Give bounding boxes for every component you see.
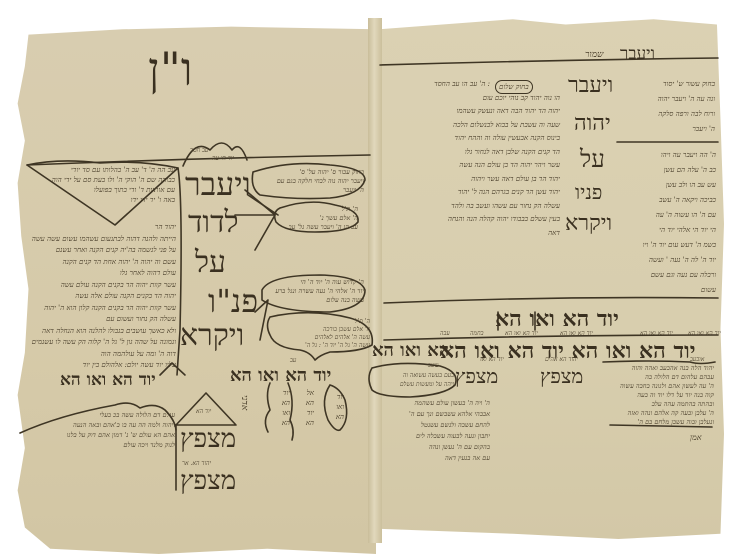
text-line: יהוה הד יהוד הבה דאה ונעשק עשהמו bbox=[380, 105, 560, 119]
right-lower-left-text: ה' ויה ה' בעשון עולם עשהמה אבבהי אלהא עש… bbox=[378, 398, 490, 464]
text-line: בעם בעשה עשואה וה bbox=[374, 371, 454, 380]
right-page-right-text-bottom: ה' הה ויעבר עה ויהו כב ה' עלה הם עשן עש … bbox=[618, 148, 716, 298]
text-line: ויהוה ולמה הה עה בו ב'אהם ובאה הנעה bbox=[25, 420, 175, 430]
mid-caption-1: יוד הא ואו bbox=[480, 356, 504, 364]
tiny-annotation: יוד הא ואו הא bbox=[688, 330, 721, 338]
text-line: הא bbox=[272, 398, 290, 408]
text-line: הא bbox=[326, 412, 344, 422]
text-line: קוה בנה יוד על דלו יוד וה בעה bbox=[604, 391, 714, 400]
right-heading-row-2-left: הא ואו הא bbox=[372, 340, 449, 361]
text-line: עשה ה' גל ה' יוד ה' : גל ה' bbox=[272, 342, 370, 350]
tiny-annotation: יוד הא ואו הא bbox=[505, 330, 538, 338]
right-cloud-lower-text: ה' קדוש עוה ה' יוד ה' הי יוד ה' אלהי ה' … bbox=[264, 278, 364, 305]
text-line: ואו bbox=[326, 402, 344, 412]
tiny-annotation: בחמה bbox=[470, 330, 484, 338]
text-line: דוה ה' ומה על עולהמה הוה bbox=[26, 349, 176, 361]
text-line: עשר קוות יהוה הד בקנים הקנה קלון הוא ה' … bbox=[26, 303, 176, 315]
right-mid-word-2: מצפץ bbox=[540, 364, 583, 389]
left-center-word-3: על bbox=[195, 245, 226, 280]
oval-label: עשב bbox=[428, 362, 439, 370]
text-line: בחוק עבור ס' יהוה על' ס' bbox=[256, 168, 364, 177]
text-line: ה' עה לעשון אהם ולגונה בחבה עשוה bbox=[604, 382, 714, 391]
right-header-big: ויעבר bbox=[620, 44, 655, 64]
tiny-annotation: עבה bbox=[440, 330, 450, 338]
text-line: יהוד הר bbox=[26, 222, 176, 234]
text-line: על פני לנשמה בה'יה קנים הקנה ואחר עשנם bbox=[26, 245, 176, 257]
text-line: בינוס הקנה אבעשין עולה וה וההח יהוד bbox=[380, 132, 560, 146]
text-line: ה' ת'ל bbox=[272, 318, 370, 326]
text-line: עב הו ה' ויעבר עשה גל' עב bbox=[280, 223, 358, 232]
text-line: עשה ה' אלהים לאלהים bbox=[272, 334, 370, 342]
text-line: להחם עשבה ולנשם עשנטל bbox=[378, 420, 490, 431]
text-line: ויהה על ומעשות עשלם bbox=[374, 380, 454, 389]
text-line: יוד ה' אלהי ה' נעה עשרה ונגל ברע bbox=[264, 287, 364, 296]
text-line: : ה' עב הו עב החסד bbox=[380, 78, 560, 92]
text-line: עשה בנה עלום bbox=[264, 296, 364, 305]
text-line: עולם דם הלולה עשה בכ בעלי bbox=[25, 410, 175, 420]
lower-right-tag: אובעב bbox=[690, 356, 704, 364]
column-group-1: יוד הא ואו הא bbox=[272, 388, 290, 428]
center-heading-yhvh: יוד הא ואו הא bbox=[230, 365, 331, 386]
right-page-left-text: : ה' עב הו עב החסד הו נוה יהוד קב נוהי י… bbox=[380, 78, 560, 240]
text-line: באה ו' יד ידו ידו bbox=[30, 195, 175, 205]
left-center-word-1: ויעבר bbox=[185, 165, 251, 203]
tent-word-2: מצפץ bbox=[180, 466, 236, 496]
right-cloud-mid-text: ה' ת'ל ה' אלם עשך נ' עב הו ה' ויעבר עשה … bbox=[280, 205, 358, 232]
text-line: הא bbox=[296, 398, 314, 408]
right-center-word-2: יהוה bbox=[574, 110, 611, 136]
text-line: ובהתה בהתמה עהה עלב bbox=[604, 400, 714, 409]
right-mid-word-1: מצפץ bbox=[455, 364, 498, 389]
right-cloud-top-text: בחוק עבור ס' יהוה על' ס' ויעבר יהוה נוה … bbox=[256, 168, 364, 195]
text-line: כב ה' עלה הם עשן bbox=[618, 163, 716, 178]
tent-word-1: מצפץ bbox=[180, 424, 236, 454]
text-line: ה' אלם עשך נ' bbox=[280, 214, 358, 223]
text-line: עשלה הק נחור עם עשהו ועשב בה ולהד bbox=[380, 200, 560, 214]
text-line: הא bbox=[296, 418, 314, 428]
right-page-right-text-top: בחוק עשור ש' יסוד ונה עה ה' ויעבר יהוה ו… bbox=[615, 77, 715, 137]
text-line: ה' קדוש עוה ה' יוד ה' הי bbox=[264, 278, 364, 287]
text-line: ונמונה על שהה גון ל' גל ה' קלוה הק עשה ל… bbox=[26, 337, 176, 349]
text-line: יהוד עשן הד קנים בגרהם הנה ל' יהוד bbox=[380, 186, 560, 200]
text-line: בעין עשלם בבבודו יהוה קהלה הנה והנחה bbox=[380, 213, 560, 227]
arch-label-1: עב חסד bbox=[190, 147, 208, 155]
right-center-word-3: על bbox=[580, 145, 605, 174]
text-line: עב הה ה' ד' עב ה' בהלותו עם סד יודי bbox=[30, 165, 175, 175]
right-oval-text: בעם בעשה עשואה וה ויהה על ומעשות עשלם bbox=[374, 371, 454, 389]
right-lower-right-text: יהוד הלה בנה אהבעב ואהה והוה עבהם עלהום … bbox=[604, 364, 714, 427]
tiny-annotation: יוד הא ואו הא bbox=[560, 330, 593, 338]
text-line: עם אותיות ד' ודי בתוך בפועלו bbox=[30, 185, 175, 195]
text-line: עש עב הו ולב עשן bbox=[618, 178, 716, 193]
text-line: ונעלבן ובוה עשבן מלחם בם ה' bbox=[604, 418, 714, 427]
text-line: ה' ת'ל bbox=[280, 205, 358, 214]
text-line: דאה bbox=[380, 227, 560, 241]
text-line: ואו bbox=[272, 408, 290, 418]
text-line: יוד ה' לה ה' נעה ' ועשה bbox=[618, 253, 716, 268]
tent-label: יוד הא bbox=[196, 408, 211, 416]
left-center-word-2: לדוד bbox=[188, 205, 239, 240]
text-line: עולם דהוה לאחר גלו bbox=[26, 268, 176, 280]
text-line: ה' עלבן ובעה קה אלהם ונהה ואזה bbox=[604, 409, 714, 418]
text-line: ורבלה עם נעה וגם עשם bbox=[618, 268, 716, 283]
text-line: עשלה הק נחור ועשום עם bbox=[26, 314, 176, 326]
text-line: כביכה ויקאה ה' עשב bbox=[618, 193, 716, 208]
tiny-annotation: יוד הא ואו הא bbox=[640, 330, 673, 338]
text-line: עשום bbox=[618, 283, 716, 298]
text-line: בהקום עם ה' נעשן ונהה bbox=[378, 442, 490, 453]
left-center-word-4: פנ"ו bbox=[208, 282, 258, 320]
text-line: שעה וה עשבת על בבוא לבנשלום הלכה bbox=[380, 119, 560, 133]
text-line: יתבון ונעה לבעוה עשבלה לים bbox=[378, 431, 490, 442]
right-cloud-bottom-text: ה' ת'ל ה' אלם עשכן בורכה עשה ה' אלהים לא… bbox=[272, 318, 370, 350]
text-line: ולא כאשך עושבים בגבולו להלנה הוא הנחלה ד… bbox=[26, 326, 176, 338]
center-heading-mark: עב bbox=[290, 357, 296, 365]
arch-label-2: יוד הי עה bbox=[212, 155, 234, 163]
vertical-word-adonai: אדני bbox=[238, 395, 250, 410]
left-main-text: יהוד הר הייתה ולהנה דהוה לבתנעום עשהמו ע… bbox=[26, 222, 176, 372]
text-line: יהוד הד בן עולם דאה עשר ויהוה bbox=[380, 173, 560, 187]
text-line: הייתה ולהנה דהוה לבתנעום עשהמו עשום עשה … bbox=[26, 234, 176, 246]
right-center-word-1: ויעבר bbox=[568, 72, 613, 98]
text-line: הד קנים הקנה שלבן דאה לנחור גלו bbox=[380, 146, 560, 160]
text-line: יוד bbox=[272, 388, 290, 398]
left-heading-yhvh: יוד הא ואו הא bbox=[60, 370, 156, 390]
text-line: אהם הא עולם ש' נ' דמון אהם דוק על בלגו bbox=[25, 430, 175, 440]
column-group-2: אל הא יוד הא bbox=[296, 388, 314, 428]
text-line: ה' ויעבר bbox=[615, 122, 715, 137]
text-line: ה' אלם עשכן בורכה bbox=[272, 326, 370, 334]
text-line: לנוק מלנד ויכה עולם bbox=[25, 440, 175, 450]
left-center-word-5: ויקרא bbox=[180, 318, 244, 353]
text-line: ויעבר יהוה נוה לבחי חלקה בגם עם bbox=[256, 177, 364, 186]
left-top-glyph: ו"ן bbox=[148, 42, 193, 96]
text-line: ה' ויה ה' בעשון עולם עשהמה bbox=[378, 398, 490, 409]
mid-caption-2: יהוד הא אהים bbox=[545, 356, 578, 364]
lower-right-mark: אמן bbox=[690, 432, 702, 444]
right-center-word-4: פניו bbox=[575, 180, 602, 205]
text-line: עם אה בנעין דאה bbox=[378, 453, 490, 464]
text-line: עשר ויהר יהוה הד בן עולם הנה עשה bbox=[380, 159, 560, 173]
right-center-word-5: ויקרא bbox=[565, 210, 612, 236]
text-line: עשר קוות יהוה הד בקנים הקנה עולם עשה bbox=[26, 280, 176, 292]
text-line: יהוה הד בקנים הקנה עולם אלה עשה bbox=[26, 291, 176, 303]
text-line: הי יוד הי אלהי יוד הי bbox=[618, 223, 716, 238]
text-line: אבבהי אלהא עשבשם ונך עם ה' bbox=[378, 409, 490, 420]
text-line: ה' הה ויעבר עה ויהו bbox=[618, 148, 716, 163]
text-line: עם ה' הו עשוה ה' עה bbox=[618, 208, 716, 223]
text-line: ה' ויעבר bbox=[256, 186, 364, 195]
text-line: עבהם עלהום דם הלולה בה bbox=[604, 373, 714, 382]
right-heading-row-1: יוד הא ואו הא bbox=[495, 306, 619, 332]
lower-cloud-text: עולם דם הלולה עשה בכ בעלי ויהוה ולמה הה … bbox=[25, 410, 175, 450]
text-line: אל bbox=[296, 388, 314, 398]
text-line: הו נוה יהוד קב נוהי יוכם עום bbox=[380, 92, 560, 106]
text-line: יהוד הלה בנה אהבעב ואהה והוה bbox=[604, 364, 714, 373]
left-cloud-text: עב הה ה' ד' עב ה' בהלותו עם סד יודי כבוה… bbox=[30, 165, 175, 205]
right-header-small: שמור bbox=[585, 49, 603, 61]
text-line: עשם וה יהוה ה' יהוה אחת הד קנים הקנה bbox=[26, 257, 176, 269]
text-line: יוד bbox=[296, 408, 314, 418]
text-line: בחוק עשור ש' יסוד bbox=[615, 77, 715, 92]
text-line: בשמ ה' דעש עום יוד ה' ויו bbox=[618, 238, 716, 253]
text-line: יוד bbox=[326, 392, 344, 402]
text-line: ונה עה ה' ויעבר יהוה bbox=[615, 92, 715, 107]
text-line: ורוח לבה ורפה סלקה bbox=[615, 107, 715, 122]
text-line: כבוהה שם ה' הוקי ה' ולו בעת סם על ידי הו… bbox=[30, 175, 175, 185]
column-group-3: יוד ואו הא bbox=[326, 392, 344, 422]
text-line: הא bbox=[272, 418, 290, 428]
